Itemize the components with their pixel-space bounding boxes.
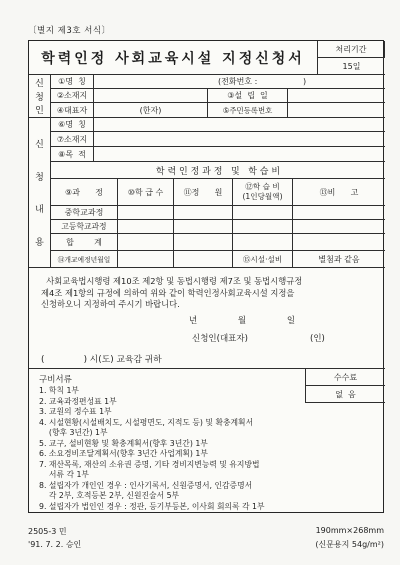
founding-date-input-cell <box>288 89 385 103</box>
opening-date-label: ⑭개교예정년월일 <box>51 251 118 268</box>
list-item: 5. 교구, 설비현황 및 확충계획서(향후 3년간) 1부 <box>39 439 309 450</box>
list-item: 7. 재산목록, 재산의 소유권 증명, 기타 경비지변능력 및 유지방법 서류… <box>39 460 309 481</box>
list-item: 9. 설립자가 법인인 경우 : 정관, 등기부등본, 이사회 회의록 각 1부 <box>39 502 309 513</box>
applicant-section-label: 신 청 인 <box>29 75 51 118</box>
high-classes-input-cell <box>118 220 174 234</box>
representative-label: ④대표자 <box>51 103 94 118</box>
middle-remarks-input-cell <box>293 206 385 220</box>
content-letter-3: 내 <box>35 202 44 215</box>
paper-spec: (신문용지 54g/m²) <box>315 539 384 550</box>
list-item: 6. 소요경비조달계획서(향후 3년간 사업계획) 1부 <box>39 449 309 460</box>
opening-date-input-cell2 <box>174 251 233 268</box>
scanned-form-page: 〔별지 제3호 서식〕 학력인정 사회교육시설 지정신청서 처리기간 15일 신… <box>0 0 400 565</box>
representative-input-cell: (한자) <box>94 103 208 118</box>
hanja-note: (한자) <box>140 105 162 116</box>
opening-date-input-cell <box>118 251 174 268</box>
list-item: 3. 교원의 정수표 1부 <box>39 407 309 418</box>
facility-equipment-label: ⑮시설·설비 <box>233 251 293 268</box>
list-item: 2. 교육과정편성표 1부 <box>39 397 309 408</box>
middle-fee-input-cell <box>233 206 293 220</box>
middle-classes-input-cell <box>118 206 174 220</box>
applicant-address-label: ②소재지 <box>51 89 94 103</box>
quota-column-header: ⑪정 원 <box>174 179 233 206</box>
facility-name-label: ⑥명 칭 <box>51 118 94 132</box>
required-documents-title: 구비서류 <box>39 373 72 385</box>
form-number-note: 〔별지 제3호 서식〕 <box>28 24 111 36</box>
purpose-input-cell <box>94 147 385 162</box>
course-table-title: 학 력 인 정 과 정 및 학 습 비 <box>51 162 385 179</box>
middle-school-row-label: 중학교과정 <box>51 206 118 220</box>
founding-date-label: ③설 립 일 <box>208 89 288 103</box>
processing-period-value: 15일 <box>318 58 385 75</box>
required-documents-list: 1. 학칙 1부 2. 교육과정편성표 1부 3. 교원의 정수표 1부 4. … <box>39 386 309 512</box>
list-item: 8. 설립자가 개인인 경우 : 인사기록서, 신원증명서, 인감증명서 각 2… <box>39 481 309 502</box>
total-quota-input-cell <box>174 234 233 251</box>
statement-section: 사회교육법시행령 제10조 제2항 및 동법시행령 제7조 및 동법시행규정 제… <box>29 268 385 369</box>
resident-id-label: ⑤주민등록번호 <box>208 103 288 118</box>
applicant-name-label: ①명 칭 <box>51 75 94 89</box>
high-quota-input-cell <box>174 220 233 234</box>
approval-date: '91. 7. 2. 승인 <box>28 539 81 550</box>
course-column-header: ⑨과 정 <box>51 179 118 206</box>
signer-label: 신청인(대표자) <box>192 332 248 344</box>
middle-quota-input-cell <box>174 206 233 220</box>
fee-column-header: ⑫학 습 비 (1인당월액) <box>233 179 293 206</box>
fee-value: 없 음 <box>305 386 385 403</box>
applicant-letter-1: 신 <box>35 76 44 89</box>
addressee-line: ( ) 시(도) 교육감 귀하 <box>41 352 162 365</box>
content-section-label: 신 청 내 용 <box>29 118 51 268</box>
applicant-letter-3: 인 <box>35 103 44 116</box>
fee-header-line1: ⑫학 습 비 <box>245 182 279 192</box>
list-item: 1. 학칙 1부 <box>39 386 309 397</box>
applicant-name-input-cell: (전화번호 : ) <box>94 75 385 89</box>
list-item: 4. 시설현황(시설배치도, 시설평면도, 지적도 등) 및 확충계획서 (향후… <box>39 418 309 439</box>
fee-label: 수수료 <box>305 369 385 386</box>
total-remarks-input-cell <box>293 234 385 251</box>
content-letter-2: 청 <box>35 170 44 183</box>
resident-id-input-cell <box>288 103 385 118</box>
high-school-row-label: 고등학교과정 <box>51 220 118 234</box>
applicant-address-input-cell <box>94 89 208 103</box>
remarks-column-header: ⑬비 고 <box>293 179 385 206</box>
facility-equipment-value: 별첨과 같음 <box>293 251 385 268</box>
processing-period-label: 처리기간 <box>318 41 385 58</box>
high-remarks-input-cell <box>293 220 385 234</box>
form-border: 학력인정 사회교육시설 지정신청서 처리기간 15일 신 청 인 ①명 칭 (전… <box>28 40 384 513</box>
paper-size: 190mm×268mm <box>316 526 384 535</box>
classes-column-header: ⑩학 급 수 <box>118 179 174 206</box>
content-letter-4: 용 <box>35 235 44 248</box>
applicant-letter-2: 청 <box>35 90 44 103</box>
phone-number-note: (전화번호 : ) <box>218 76 306 87</box>
seal-mark: (인) <box>310 332 325 344</box>
facility-name-input-cell <box>94 118 385 132</box>
purpose-label: ⑧목 적 <box>51 147 94 162</box>
legal-statement-text: 사회교육법시행령 제10조 제2항 및 동법시행령 제7조 및 동법시행규정 제… <box>41 276 302 311</box>
high-fee-input-cell <box>233 220 293 234</box>
date-fill-line: 년 월 일 <box>189 314 295 326</box>
content-letter-1: 신 <box>35 137 44 150</box>
total-row-label: 합 계 <box>51 234 118 251</box>
facility-address-input-cell <box>94 132 385 147</box>
form-title: 학력인정 사회교육시설 지정신청서 <box>29 41 318 75</box>
required-documents-section: 구비서류 수수료 없 음 1. 학칙 1부 2. 교육과정편성표 1부 3. 교… <box>29 369 385 514</box>
facility-address-label: ⑦소재지 <box>51 132 94 147</box>
total-classes-input-cell <box>118 234 174 251</box>
fee-header-line2: (1인당월액) <box>242 192 282 202</box>
total-fee-input-cell <box>233 234 293 251</box>
form-code: 2505-3 민 <box>28 526 67 537</box>
